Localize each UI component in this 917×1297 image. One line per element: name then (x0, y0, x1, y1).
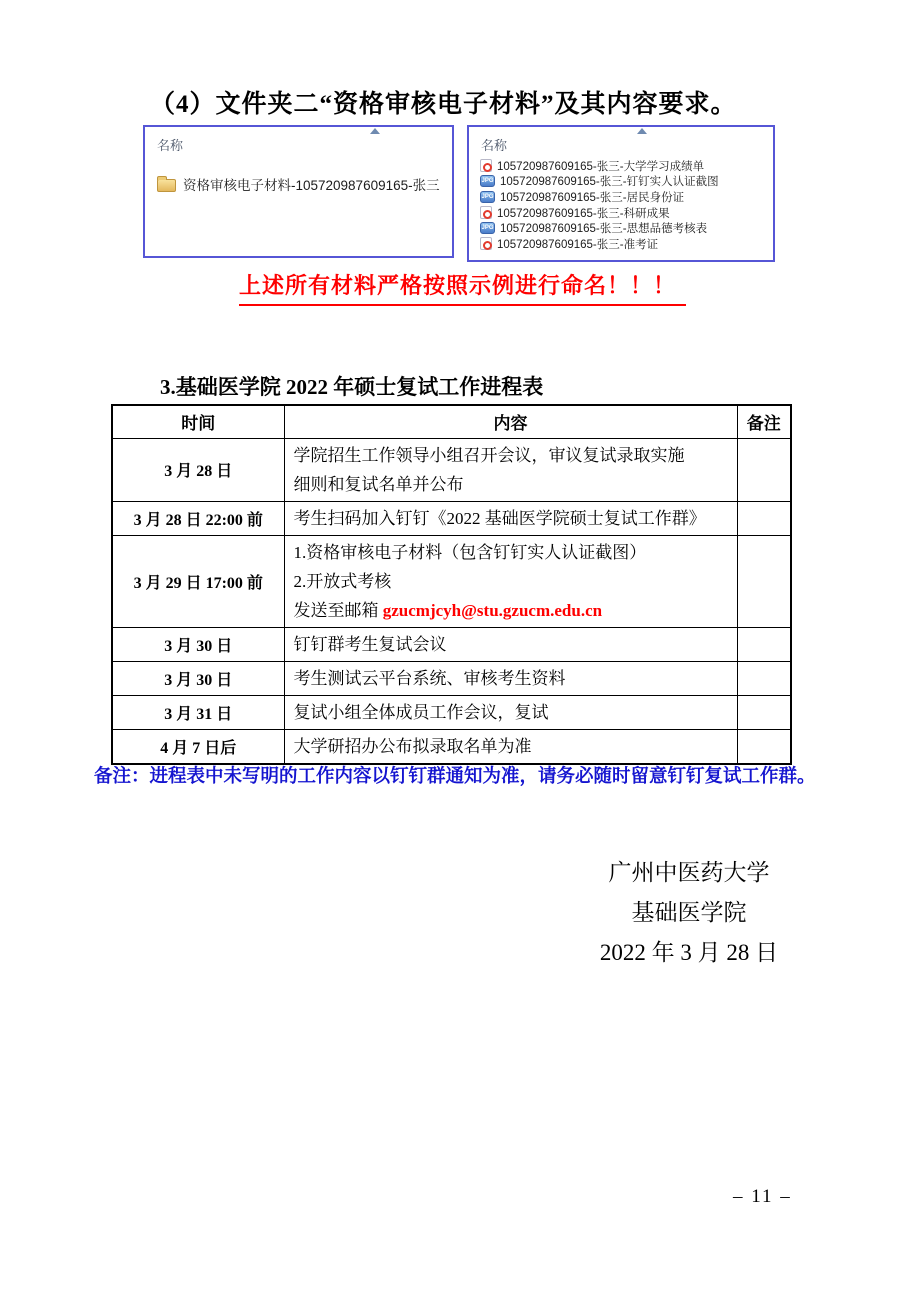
signature-block: 广州中医药大学 基础医学院 2022 年 3 月 28 日 (544, 853, 834, 973)
jpg-file-icon: JPG (480, 191, 495, 203)
signature-college: 基础医学院 (544, 893, 834, 933)
file-list: 105720987609165-张三-大学学习成绩单 JPG 105720987… (480, 158, 769, 252)
file-name: 105720987609165-张三-大学学习成绩单 (497, 158, 704, 174)
content-line: 2.开放式考核 (294, 567, 731, 596)
table-row: 3 月 28 日 学院招生工作领导小组召开会议，审议复试录取实施 细则和复试名单… (112, 438, 791, 501)
sort-ascending-icon (637, 128, 647, 134)
content-line: 复试小组全体成员工作会议，复试 (294, 698, 731, 727)
content-cell: 1.资格审核电子材料（包含钉钉实人认证截图） 2.开放式考核 发送至邮箱 gzu… (284, 535, 737, 627)
file-row: 105720987609165-张三-准考证 (480, 236, 769, 252)
file-row: 105720987609165-张三-大学学习成绩单 (480, 158, 769, 174)
note-cell (737, 535, 791, 627)
header-content: 内容 (284, 405, 737, 438)
content-cell: 考生测试云平台系统、审核考生资料 (284, 661, 737, 695)
table-row: 3 月 31 日 复试小组全体成员工作会议，复试 (112, 695, 791, 729)
pdf-file-icon (480, 237, 492, 250)
jpg-file-icon: JPG (480, 222, 495, 234)
content-line: 大学研招办公布拟录取名单为准 (294, 732, 731, 761)
time-cell: 3 月 30 日 (112, 627, 284, 661)
files-panel: 名称 105720987609165-张三-大学学习成绩单 JPG 105720… (467, 125, 775, 262)
jpg-file-icon: JPG (480, 175, 495, 187)
signature-date: 2022 年 3 月 28 日 (544, 933, 834, 973)
signature-university: 广州中医药大学 (544, 853, 834, 893)
table-header-row: 时间 内容 备注 (112, 405, 791, 438)
time-cell: 3 月 30 日 (112, 661, 284, 695)
name-column-header: 名称 (481, 135, 507, 154)
note-cell (737, 695, 791, 729)
time-cell: 3 月 29 日 17:00 前 (112, 535, 284, 627)
content-line: 学院招生工作领导小组召开会议，审议复试录取实施 (294, 441, 731, 470)
schedule-table: 时间 内容 备注 3 月 28 日 学院招生工作领导小组召开会议，审议复试录取实… (111, 404, 792, 765)
content-cell: 大学研招办公布拟录取名单为准 (284, 729, 737, 764)
content-line: 钉钉群考生复试会议 (294, 630, 731, 659)
time-cell: 4 月 7 日后 (112, 729, 284, 764)
remark-note: 备注：进程表中未写明的工作内容以钉钉群通知为准，请务必随时留意钉钉复试工作群。 (94, 762, 816, 788)
section-title: 3.基础医学院 2022 年硕士复试工作进程表 (160, 371, 543, 401)
time-cell: 3 月 28 日 22:00 前 (112, 501, 284, 535)
table-row: 3 月 28 日 22:00 前 考生扫码加入钉钉《2022 基础医学院硕士复试… (112, 501, 791, 535)
content-line: 细则和复试名单并公布 (294, 470, 731, 499)
file-row: JPG 105720987609165-张三-思想品德考核表 (480, 220, 769, 236)
email-link[interactable]: gzucmjcyh@stu.gzucm.edu.cn (383, 601, 602, 620)
header-note: 备注 (737, 405, 791, 438)
folder-row: 资格审核电子材料-105720987609165-张三 (157, 174, 440, 194)
note-cell (737, 627, 791, 661)
content-line: 1.资格审核电子材料（包含钉钉实人认证截图） (294, 538, 731, 567)
naming-warning-text: 上述所有材料严格按照示例进行命名！！！ (239, 269, 686, 306)
email-prefix: 发送至邮箱 (294, 601, 383, 620)
pdf-file-icon (480, 206, 492, 219)
note-cell (737, 661, 791, 695)
content-line: 考生扫码加入钉钉《2022 基础医学院硕士复试工作群》 (294, 504, 731, 533)
file-name: 105720987609165-张三-钉钉实人认证截图 (500, 173, 719, 189)
file-name: 105720987609165-张三-居民身份证 (500, 189, 684, 205)
file-row: JPG 105720987609165-张三-钉钉实人认证截图 (480, 174, 769, 190)
heading-folder2: （4）文件夹二“资格审核电子材料”及其内容要求。 (150, 84, 737, 120)
content-line: 考生测试云平台系统、审核考生资料 (294, 664, 731, 693)
table-row: 3 月 29 日 17:00 前 1.资格审核电子材料（包含钉钉实人认证截图） … (112, 535, 791, 627)
name-column-header: 名称 (157, 135, 183, 154)
content-cell: 钉钉群考生复试会议 (284, 627, 737, 661)
page-number: – 11 – (733, 1186, 792, 1208)
content-cell: 复试小组全体成员工作会议，复试 (284, 695, 737, 729)
file-name: 105720987609165-张三-准考证 (497, 236, 658, 252)
sort-ascending-icon (370, 128, 380, 134)
file-name: 105720987609165-张三-思想品德考核表 (500, 220, 707, 236)
folder-icon (157, 179, 176, 192)
document-page: （4）文件夹二“资格审核电子材料”及其内容要求。 名称 资格审核电子材料-105… (0, 0, 917, 1297)
time-cell: 3 月 28 日 (112, 438, 284, 501)
content-line: 发送至邮箱 gzucmjcyh@stu.gzucm.edu.cn (294, 596, 731, 625)
content-cell: 学院招生工作领导小组召开会议，审议复试录取实施 细则和复试名单并公布 (284, 438, 737, 501)
file-row: 105720987609165-张三-科研成果 (480, 205, 769, 221)
note-cell (737, 729, 791, 764)
note-cell (737, 501, 791, 535)
file-row: JPG 105720987609165-张三-居民身份证 (480, 189, 769, 205)
content-cell: 考生扫码加入钉钉《2022 基础医学院硕士复试工作群》 (284, 501, 737, 535)
table-row: 3 月 30 日 考生测试云平台系统、审核考生资料 (112, 661, 791, 695)
folder-panel: 名称 资格审核电子材料-105720987609165-张三 (143, 125, 454, 258)
note-cell (737, 438, 791, 501)
pdf-file-icon (480, 159, 492, 172)
header-time: 时间 (112, 405, 284, 438)
file-name: 105720987609165-张三-科研成果 (497, 205, 670, 221)
table-row: 4 月 7 日后 大学研招办公布拟录取名单为准 (112, 729, 791, 764)
folder-name: 资格审核电子材料-105720987609165-张三 (183, 174, 440, 194)
table-row: 3 月 30 日 钉钉群考生复试会议 (112, 627, 791, 661)
time-cell: 3 月 31 日 (112, 695, 284, 729)
